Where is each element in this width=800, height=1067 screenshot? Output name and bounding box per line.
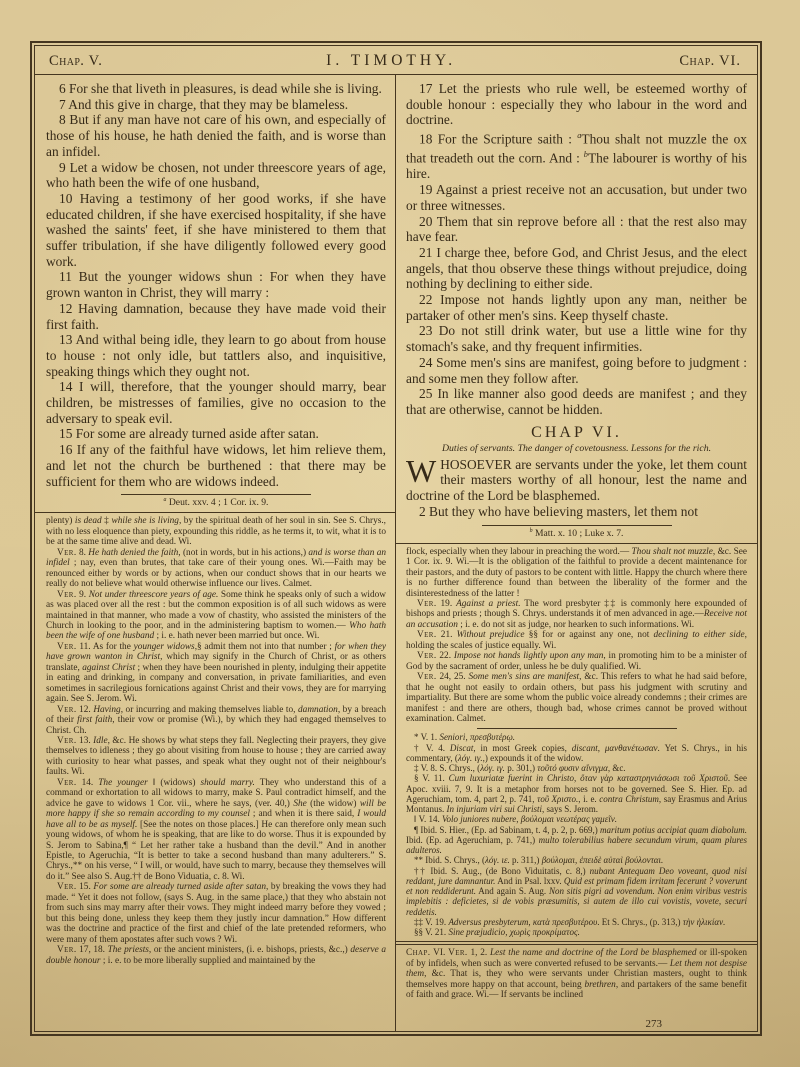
running-header: Chap. V. I. TIMOTHY. Chap. VI. (35, 46, 757, 75)
commentary-paragraph: Ver. 19. Against a priest. The word pres… (406, 599, 747, 630)
footnote: §§ V. 21. Sine præjudicio, χωρὶς προκρίμ… (406, 927, 747, 937)
book-page: Chap. V. I. TIMOTHY. Chap. VI. 6 For she… (0, 0, 800, 1067)
footnote: †† Ibid. S. Aug., (de Bono Viduitatis, c… (406, 866, 747, 917)
scripture-text-left: 6 For she that liveth in pleasures, is d… (46, 81, 386, 489)
commentary-paragraph: Ver. 13. Idle, &c. He shows by what step… (46, 736, 386, 778)
commentary-paragraph: flock, especially when they labour in pr… (406, 547, 747, 599)
cross-reference-block-right: b Matt. x. 10 ; Luke x. 7. (406, 525, 747, 539)
verse: 25 In like manner also good deeds are ma… (406, 386, 747, 417)
text-columns: 6 For she that liveth in pleasures, is d… (35, 75, 757, 1031)
verse: 13 And withal being idle, they learn to … (46, 332, 386, 379)
verse: 6 For she that liveth in pleasures, is d… (46, 81, 386, 97)
verse: 24 Some men's sins are manifest, going b… (406, 355, 747, 386)
verse: 16 If any of the faithful have widows, l… (46, 442, 386, 489)
cross-reference-text-right: b Matt. x. 10 ; Luke x. 7. (406, 528, 747, 539)
chapter-argument: Duties of servants. The danger of coveto… (406, 443, 747, 454)
book-title: I. TIMOTHY. (326, 52, 456, 70)
scripture-text-right: 17 Let the priests who rule well, be est… (406, 81, 747, 418)
footnote-block: * V. 1. Seniori, πρεσβυτέρῳ.† V. 4. Disc… (406, 732, 747, 937)
verse: 7 And this give in charge, that they may… (46, 97, 386, 113)
commentary-paragraph: plenty) is dead ‡ while she is living, b… (46, 516, 386, 547)
verse: 22 Impose not hands lightly upon any man… (406, 292, 747, 323)
dropcap-letter: W (406, 458, 436, 487)
running-header-left: Chap. V. (49, 53, 103, 70)
footnote: ‖ V. 14. Volo juniores nubere, βούλομαι … (406, 814, 747, 824)
chapter-six-note: Chap. VI. Ver. 1, 2. Lest the name and d… (406, 948, 747, 1000)
commentary-paragraph: Ver. 14. The younger ‖ (widows) should m… (46, 778, 386, 883)
footnote: ‡ V. 8. S. Chrys., (λόγ. ιγ. p. 301,) το… (406, 763, 747, 773)
commentary-paragraph: Ver. 21. Without prejudice §§ for or aga… (406, 630, 747, 651)
running-header-right: Chap. VI. (679, 53, 741, 70)
verse: 10 Having a testimony of her good works,… (46, 191, 386, 270)
footnote: ** Ibid. S. Chrys., (λόγ. ιε. p. 311,) β… (406, 855, 747, 865)
commentary-left: plenty) is dead ‡ while she is living, b… (46, 516, 386, 965)
right-column: 17 Let the priests who rule well, be est… (396, 75, 757, 1031)
verse-dropcap: WHOSOEVER are servants under the yoke, l… (406, 457, 747, 504)
commentary-paragraph: Ver. 8. He hath denied the faith, (not i… (46, 548, 386, 590)
cross-reference-text-left: a Deut. xxv. 4 ; 1 Cor. ix. 9. (46, 497, 386, 508)
verse: 23 Do not still drink water, but use a l… (406, 323, 747, 354)
verse: 2 But they who have believing masters, l… (406, 504, 747, 520)
page-frame: Chap. V. I. TIMOTHY. Chap. VI. 6 For she… (30, 41, 762, 1036)
reference-rule (482, 525, 672, 526)
page-number: 273 (646, 1018, 663, 1030)
commentary-divider (35, 512, 395, 513)
verse: 12 Having damnation, because they have m… (46, 301, 386, 332)
verse: 21 I charge thee, before God, and Christ… (406, 245, 747, 292)
commentary-paragraph: Ver. 24, 25. Some men's sins are manifes… (406, 672, 747, 724)
cross-reference-block-left: a Deut. xxv. 4 ; 1 Cor. ix. 9. (46, 494, 386, 508)
verse: 20 Them that sin reprove before all : th… (406, 214, 747, 245)
verse: 19 Against a priest receive not an accus… (406, 182, 747, 213)
footnote: ‡‡ V. 19. Adversus presbyterum, κατὰ πρε… (406, 917, 747, 927)
chapter-heading: CHAP VI. (406, 424, 747, 442)
verse: 18 For the Scripture saith : aThou shalt… (406, 128, 747, 182)
commentary-paragraph: Ver. 9. Not under threescore years of ag… (46, 590, 386, 642)
commentary-paragraph: Ver. 11. As for the younger widows,§ adm… (46, 642, 386, 705)
footnote: ¶ Ibid. S. Hier., (Ep. ad Sabinam, t. 4,… (406, 825, 747, 856)
commentary-paragraph: Ver. 12. Having, or incurring and making… (46, 705, 386, 736)
verse: 17 Let the priests who rule well, be est… (406, 81, 747, 128)
verse: 11 But the younger widows shun : For whe… (46, 269, 386, 300)
page-frame-inner: Chap. V. I. TIMOTHY. Chap. VI. 6 For she… (34, 45, 758, 1032)
chapter-six-divider (396, 941, 757, 945)
left-column: 6 For she that liveth in pleasures, is d… (35, 75, 396, 1031)
verse: 9 Let a widow be chosen, not under three… (46, 160, 386, 191)
verse: 14 I will, therefore, that the younger s… (46, 379, 386, 426)
commentary-divider (396, 543, 757, 544)
verse: 15 For some are already turned aside aft… (46, 426, 386, 442)
footnote: * V. 1. Seniori, πρεσβυτέρῳ. (406, 732, 747, 742)
commentary-paragraph: Ver. 17, 18. The priests, or the ancient… (46, 945, 386, 966)
footnote-divider (477, 728, 677, 729)
footnote: § V. 11. Cum luxuriatæ fuerint in Christ… (406, 773, 747, 814)
footnote: † V. 4. Discat, in most Greek copies, di… (406, 743, 747, 764)
verse-text: HOSOEVER are servants under the yoke, le… (406, 457, 747, 503)
commentary-paragraph: Ver. 22. Impose not hands lightly upon a… (406, 651, 747, 672)
commentary-paragraph: Ver. 15. For some are already turned asi… (46, 882, 386, 945)
commentary-right: flock, especially when they labour in pr… (406, 547, 747, 725)
reference-rule (121, 494, 311, 495)
verse: 8 But if any man have not care of his ow… (46, 112, 386, 159)
